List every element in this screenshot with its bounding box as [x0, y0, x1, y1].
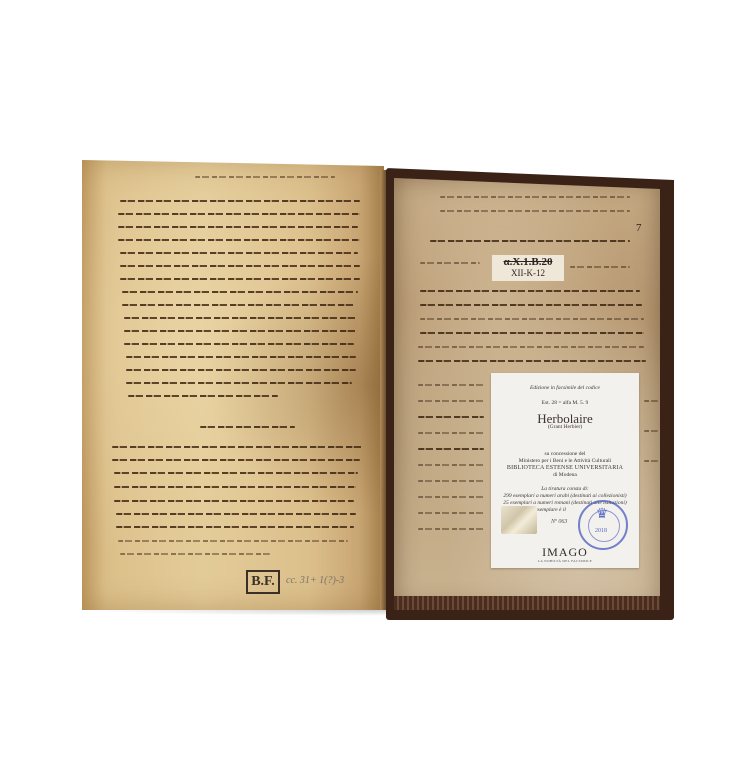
print-run-heading: La tiratura consta di: [491, 486, 639, 492]
pencil-shelf-note: cc. 31+ 1(?)-3 [286, 575, 344, 586]
imago-logo: IMAGO [491, 545, 639, 560]
certificate-city: di Modena [491, 472, 639, 478]
shelfmark-label: α.X.1.B.20 XII-K-12 [492, 255, 564, 281]
shelfmark-old: α.X.1.B.20 [492, 257, 564, 268]
copy-serial-number: Nº 063 [551, 519, 567, 525]
folio-number: 7 [636, 222, 642, 234]
certificate-subtitle: (Grant Herbier) [491, 424, 639, 430]
certificate-shelfmark: Est. 28 = alfa M. 5. 9 [491, 400, 639, 406]
imago-tagline: LA NOBILTÀ DEL FACSIMILE [491, 559, 639, 563]
certificate-ministry: Ministero per i Beni e le Attività Cultu… [491, 458, 639, 464]
facsimile-certificate-card: Edizione in facsimile del codice Est. 28… [491, 373, 639, 568]
shelfmark-current: XII-K-12 [492, 268, 564, 279]
book-photo: B.F. cc. 31+ 1(?)-3 7 α.X.1.B.20 XII-K-1… [0, 0, 750, 780]
crown-icon: ♛ [587, 506, 617, 523]
certificate-heading: Edizione in facsimile del codice [491, 385, 639, 391]
bf-ownership-stamp: B.F. [246, 570, 280, 594]
hologram-sticker [501, 506, 537, 534]
cover-leather-edge [394, 596, 660, 610]
print-run-arabic: 299 esemplari a numeri arabi (destinati … [491, 493, 639, 499]
seal-year: 2018 [595, 528, 607, 534]
certificate-concession: su concessione del [491, 451, 639, 457]
certificate-library: BIBLIOTECA ESTENSE UNIVERSITARIA [491, 465, 639, 471]
